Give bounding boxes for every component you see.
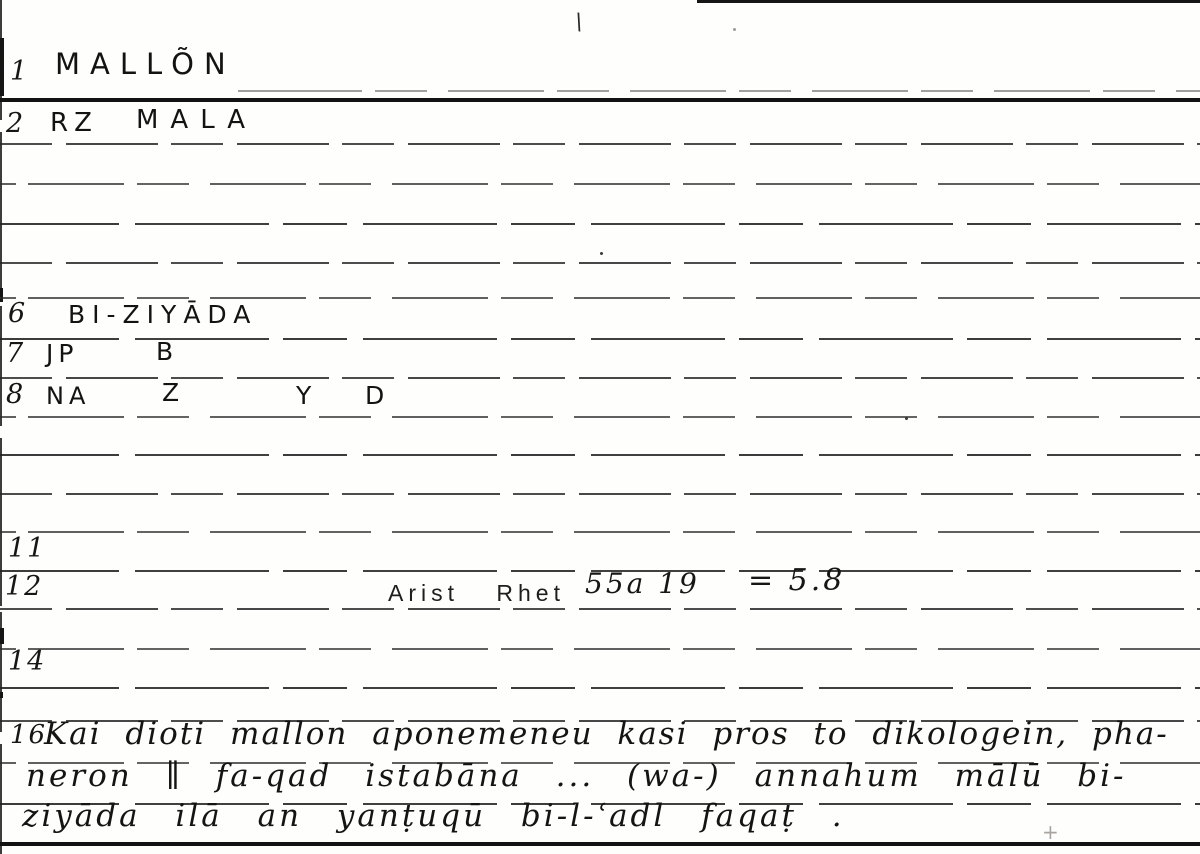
registration-plus-mark: + bbox=[1042, 822, 1059, 842]
line-number-16: 16 bbox=[10, 722, 47, 748]
stray-pen-mark: \ bbox=[572, 11, 585, 34]
line-number-8: 8 bbox=[6, 381, 25, 408]
quotation-arabic-line-3: ziyāda ilā an yanṭuqū bi-l-ʿadl faqaṭ . bbox=[22, 801, 845, 832]
index-card: \ 1 MALLÕN 2 RZ MALA 6 BI-ZIYĀDA 7 JP B … bbox=[0, 0, 1200, 854]
ruled-line bbox=[0, 297, 1200, 299]
ruled-line-heavy bbox=[0, 98, 1200, 102]
ruled-line bbox=[0, 608, 1200, 610]
scan-edge-line bbox=[0, 0, 2, 854]
quotation-greek-line-1: Kai dioti mallon aponemeneu kasi pros to… bbox=[44, 719, 1169, 750]
root-letter-z: Z bbox=[162, 380, 186, 405]
root-letter-y: Y bbox=[296, 383, 318, 408]
ruled-line bbox=[0, 531, 1200, 533]
scan-speck bbox=[733, 28, 736, 31]
line-number-7: 7 bbox=[6, 340, 25, 367]
ruled-line bbox=[0, 183, 1200, 185]
scan-artifact bbox=[0, 628, 4, 644]
ruled-line bbox=[0, 416, 1200, 418]
line-number-1: 1 bbox=[10, 58, 29, 85]
bekker-locus: 55a 19 bbox=[585, 570, 700, 598]
line-number-2: 2 bbox=[6, 110, 25, 137]
scan-speck bbox=[600, 252, 603, 255]
quotation-arabic-line-2: neron ∥ fa-qad istabāna ... (wa-) annahu… bbox=[26, 761, 1127, 792]
ruled-line bbox=[0, 454, 1200, 456]
ruled-line bbox=[0, 262, 1200, 264]
scan-artifact bbox=[0, 38, 4, 96]
ruled-line bbox=[0, 223, 1200, 225]
siglum-na: NA bbox=[46, 384, 90, 408]
scan-artifact bbox=[0, 692, 3, 698]
root-letter-d: D bbox=[365, 383, 391, 408]
siglum-rz: RZ bbox=[50, 110, 98, 136]
lemma-positive-form: MALA bbox=[136, 107, 257, 133]
ruled-line-top-partial bbox=[697, 0, 1200, 3]
scan-speck bbox=[905, 417, 908, 420]
page-reference: = 5.8 bbox=[748, 566, 845, 596]
ruled-line bbox=[0, 687, 1200, 689]
scan-artifact bbox=[0, 288, 3, 302]
line-number-14: 14 bbox=[8, 648, 46, 675]
siglum-jp: JP bbox=[46, 341, 78, 366]
headword-greek: MALLÕN bbox=[55, 50, 236, 79]
line-number-11: 11 bbox=[8, 535, 46, 562]
source-citation-printed: Arist Rhet bbox=[388, 582, 565, 605]
initial-letter-b: B bbox=[156, 339, 180, 364]
ruled-line-heavy-bottom bbox=[0, 842, 1200, 846]
ruled-line bbox=[0, 648, 1200, 650]
line-number-6: 6 bbox=[8, 300, 27, 327]
ruled-line bbox=[0, 143, 1200, 145]
arabic-equivalent: BI-ZIYĀDA bbox=[68, 302, 257, 327]
line-number-12: 12 bbox=[5, 573, 43, 600]
ruled-line bbox=[0, 493, 1200, 495]
ruled-line bbox=[238, 90, 1200, 92]
